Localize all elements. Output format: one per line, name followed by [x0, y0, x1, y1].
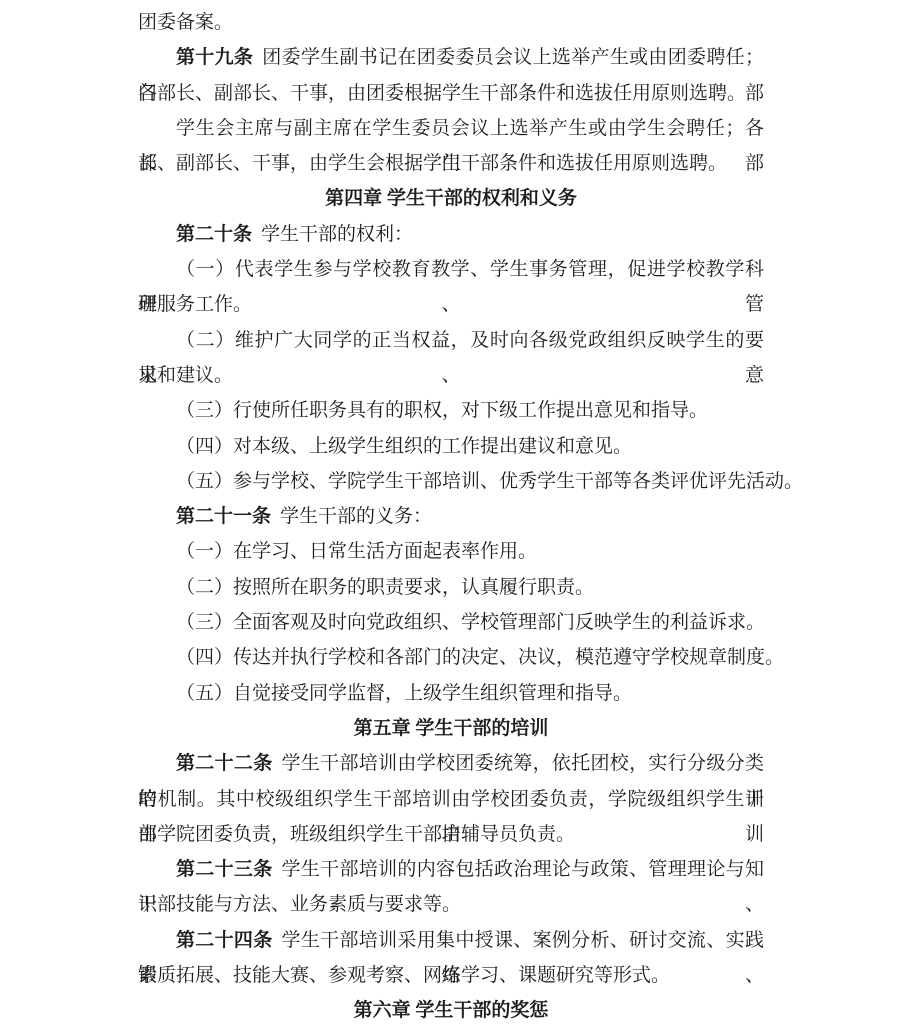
chapter-6-heading: 第六章 学生干部的奖惩 [138, 993, 764, 1028]
chapter-5-heading: 第五章 学生干部的培训 [138, 711, 764, 746]
clause-22-line: 第二十二条学生干部培训由学校团委统筹，依托团校，实行分级分类培训 [138, 746, 764, 781]
list-item-line: （三）行使所任职务具有的职权，对下级工作提出意见和指导。 [138, 393, 764, 428]
list-item-line: （一）在学习、日常生活方面起表率作用。 [138, 534, 764, 569]
clause-24-number: 第二十四条 [176, 930, 273, 951]
chapter-4-heading: 第四章 学生干部的权利和义务 [138, 181, 764, 216]
list-item-line: （四）传达并执行学校和各部门的决定、决议，模范遵守学校规章制度。 [138, 640, 764, 675]
list-item-line: （一）代表学生参与学校教育教学、学生事务管理，促进学校教学科研、管 [138, 252, 764, 287]
clause-19-line: 第十九条团委学生副书记在团委委员会议上选举产生或由团委聘任；各部 [138, 40, 764, 75]
clause-21-text: 学生干部的义务： [280, 506, 432, 527]
list-item-line: （二）维护广大同学的正当权益，及时向各级党政组织反映学生的要求、意 [138, 323, 764, 358]
clause-19-continuation: 门部长、副部长、干事，由团委根据学生干部条件和选拔任用原则选聘。 [138, 76, 764, 111]
list-item-line: （五）自觉接受同学监督，上级学生组织管理和指导。 [138, 676, 764, 711]
clause-22-number: 第二十二条 [176, 753, 273, 774]
paragraph-tail-line: 团委备案。 [138, 5, 764, 40]
clause-23-line: 第二十三条学生干部培训的内容包括政治理论与政策、管理理论与知识、 [138, 852, 764, 887]
list-item-line: （五）参与学校、学院学生干部培训、优秀学生干部等各类评优评先活动。 [138, 464, 764, 499]
paragraph-tail-line: 长、副部长、干事，由学生会根据学生干部条件和选拔任用原则选聘。 [138, 146, 764, 181]
clause-20-number: 第二十条 [176, 224, 252, 245]
clause-23-number: 第二十三条 [176, 859, 273, 880]
document-page: 团委备案。 第十九条团委学生副书记在团委委员会议上选举产生或由团委聘任；各部 门… [0, 0, 900, 1029]
clause-24-line: 第二十四条学生干部培训采用集中授课、案例分析、研讨交流、实践锻炼、 [138, 923, 764, 958]
clause-20-line: 第二十条学生干部的权利： [138, 217, 764, 252]
clause-21-line: 第二十一条学生干部的义务： [138, 499, 764, 534]
document-body: 团委备案。 第十九条团委学生副书记在团委委员会议上选举产生或由团委聘任；各部 门… [138, 5, 764, 1029]
list-item-line: （三）全面客观及时向党政组织、学校管理部门反映学生的利益诉求。 [138, 605, 764, 640]
clause-20-text: 学生干部的权利： [261, 224, 413, 245]
list-item-line: （二）按照所在职务的职责要求，认真履行职责。 [138, 570, 764, 605]
clause-21-number: 第二十一条 [176, 506, 271, 527]
clause-22-continuation: 的机制。其中校级组织学生干部培训由学校团委负责，学院级组织学生干部培训 [138, 782, 764, 817]
paragraph-line: 学生会主席与副主席在学生委员会议上选举产生或由学生会聘任；各部门部 [138, 111, 764, 146]
clause-19-number: 第十九条 [176, 47, 253, 68]
list-item-line: （四）对本级、上级学生组织的工作提出建议和意见。 [138, 429, 764, 464]
